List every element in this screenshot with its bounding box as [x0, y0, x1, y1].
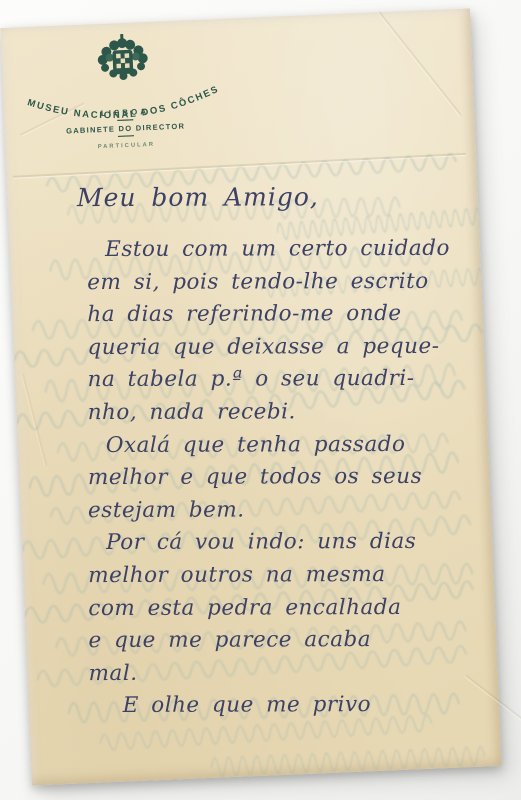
letter-line: melhor e que todos os seus: [78, 461, 476, 495]
letter-line: em si, pois tendo-lhe escrito: [77, 265, 475, 299]
letter-line: nho, nada recebi.: [78, 396, 476, 430]
paper-crease: [378, 11, 462, 116]
institution-name: MUSEU NACIONAL DOS CÔCHES: [25, 83, 222, 124]
letterhead-office: GABINETE DO DIRECTOR: [66, 122, 185, 136]
svg-text:MUSEU NACIONAL DOS CÔCHES: MUSEU NACIONAL DOS CÔCHES: [25, 83, 222, 124]
salutation: Meu bom Amigo,: [77, 182, 475, 212]
letter-line: e que me parece acaba: [78, 624, 476, 658]
letter-line: queria que deixasse a peque-: [77, 330, 475, 364]
letter-line: estejam bem.: [78, 493, 476, 527]
letter-line: com esta pedra encalhada: [78, 591, 476, 625]
letter-paper: MUSEU NACIONAL DOS CÔCHES LISBOA GABINET…: [0, 8, 501, 785]
coat-of-arms-icon: [97, 33, 149, 81]
letter-line: E olhe que me privo: [79, 689, 477, 723]
letter-line: melhor outros na mesma: [78, 559, 476, 593]
letterhead-privacy: PARTICULAR: [98, 142, 155, 150]
letter-line: na tabela p.ª o seu quadri-: [78, 363, 476, 397]
letter-line: Oxalá que tenha passado: [78, 428, 476, 462]
letter-line: Estou com um certo cuidado: [77, 233, 475, 267]
letter-line: mal.: [79, 656, 477, 690]
letter-line: ha dias referindo-me onde: [77, 298, 475, 332]
letterhead: MUSEU NACIONAL DOS CÔCHES LISBOA GABINET…: [15, 26, 250, 166]
paper-crease: [22, 373, 48, 466]
letter-line: Por cá vou indo: uns dias: [78, 526, 476, 560]
handwritten-letter: Meu bom Amigo, Estou com um certo cuidad…: [77, 182, 477, 723]
letterhead-divider: [118, 135, 134, 137]
